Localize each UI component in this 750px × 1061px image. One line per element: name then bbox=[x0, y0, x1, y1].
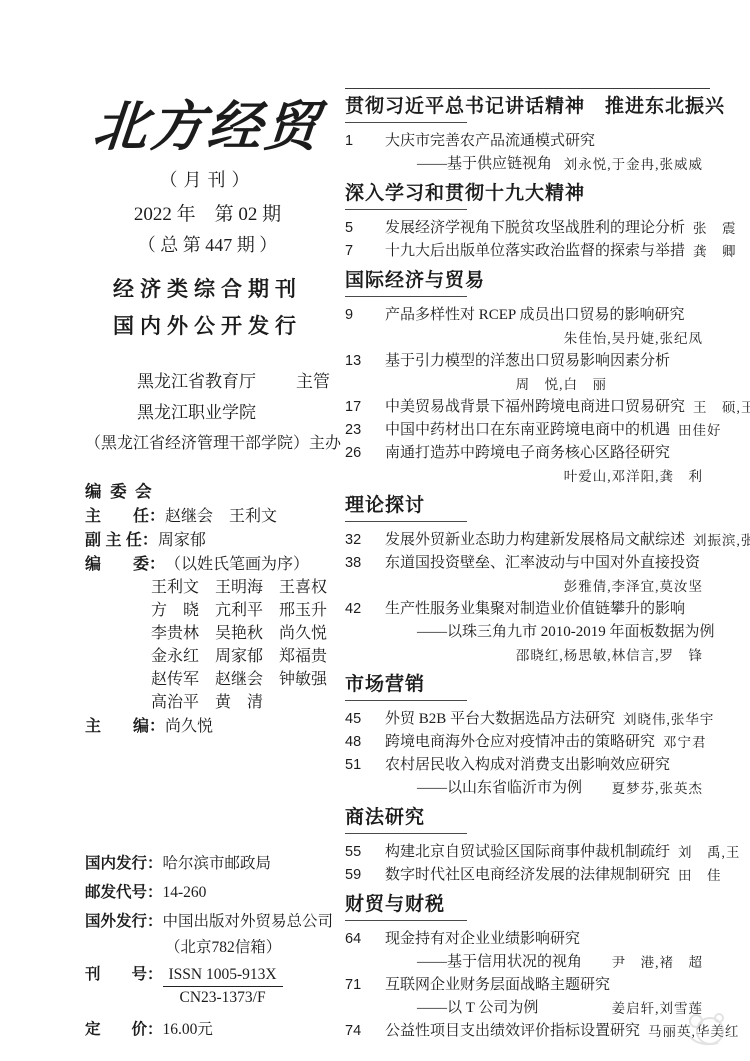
supervisor-role: 主管 bbox=[296, 366, 330, 397]
article-title: 现金持有对企业业绩影响研究 bbox=[385, 928, 580, 951]
section-header: 理论探讨 bbox=[345, 494, 703, 518]
deputy-director-names: 周家郁 bbox=[158, 529, 206, 552]
members-note: （以姓氏笔画为序） bbox=[165, 553, 309, 576]
director-row: 主 任： 赵继会 王利文 bbox=[85, 505, 330, 528]
page-number: 42 bbox=[345, 598, 385, 621]
issn-row: 刊 号： ISSN 1005-913X CN23-1373/F bbox=[85, 960, 345, 1009]
journal-info-column: 北方经贸 （月刊） 2022 年 第 02 期 （ 总 第 447 期 ） 经济… bbox=[85, 90, 330, 738]
editorial-board: 编 委 会 主 任： 赵继会 王利文 副 主 任： 周家郁 编 委： （以姓氏笔… bbox=[85, 481, 330, 738]
section-header: 贯彻习近平总书记讲话精神 推进东北振兴 bbox=[345, 95, 703, 119]
category-line-1: 经济类综合期刊 bbox=[85, 273, 330, 303]
foreign-distribution-value: 中国出版对外贸易总公司 bbox=[163, 907, 334, 936]
foreign-distribution-row: 国外发行： 中国出版对外贸易总公司 bbox=[85, 907, 345, 936]
article-subtitle: ——以 T 公司为例 bbox=[417, 997, 538, 1020]
toc-item: 9 产品多样性对 RCEP 成员出口贸易的影响研究 bbox=[345, 304, 703, 327]
article-authors: 夏梦芬,张英杰 bbox=[604, 777, 703, 800]
article-title: 数字时代社区电商经济发展的法律规制研究 bbox=[385, 864, 670, 887]
article-authors: 张 震 bbox=[685, 217, 737, 240]
page-number: 48 bbox=[345, 731, 385, 754]
article-title: 大庆市完善农产品流通模式研究 bbox=[385, 130, 595, 153]
member-name-row: 赵传军 赵继会 钟敏强 bbox=[85, 668, 330, 691]
article-subtitle: ——以珠三角九市 2010-2019 年面板数据为例 bbox=[417, 621, 715, 644]
section-underline bbox=[345, 122, 467, 123]
page-number: 45 bbox=[345, 708, 385, 731]
toc-item: 13 基于引力模型的洋葱出口贸易影响因素分析 bbox=[345, 350, 703, 373]
issue-year: 2022 年 第 02 期 bbox=[85, 199, 330, 226]
postal-code-label: 邮发代号： bbox=[85, 878, 163, 907]
frequency-label: （月刊） bbox=[85, 166, 330, 192]
toc-item: 71 互联网企业财务层面战略主题研究 bbox=[345, 974, 703, 997]
toc-item: 74 公益性项目支出绩效评价指标设置研究 马丽英,华美红 bbox=[345, 1020, 703, 1043]
cumulative-issue: （ 总 第 447 期 ） bbox=[85, 231, 330, 257]
domestic-distribution-value: 哈尔滨市邮政局 bbox=[163, 849, 272, 878]
sponsor-name-2: （黑龙江省经济管理干部学院）主办 bbox=[85, 428, 330, 459]
toc-item: 64 现金持有对企业业绩影响研究 bbox=[345, 928, 703, 951]
chief-editor-label: 主 编： bbox=[85, 715, 165, 738]
toc-subtitle-row: ——以 T 公司为例 姜启轩,刘雪莲 bbox=[345, 997, 703, 1020]
toc-item: 26 南通打造苏中跨境电子商务核心区路径研究 bbox=[345, 442, 703, 465]
domestic-distribution-row: 国内发行： 哈尔滨市邮政局 bbox=[85, 849, 345, 878]
editorial-board-title: 编 委 会 bbox=[85, 481, 330, 504]
article-title: 发展外贸新业态助力构建新发展格局文献综述 bbox=[385, 529, 685, 552]
supervisor-name: 黑龙江省教育厅 bbox=[137, 366, 256, 397]
journal-logo: 北方经贸 bbox=[82, 90, 333, 162]
toc-section: 商法研究 55 构建北京自贸试验区国际商事仲裁机制疏纡 刘 禹,王 茜 59 数… bbox=[345, 806, 703, 887]
toc-item: 1 大庆市完善农产品流通模式研究 bbox=[345, 130, 703, 153]
toc-subtitle-row: ——以山东省临沂市为例 夏梦芬,张英杰 bbox=[345, 777, 703, 800]
toc-item: 59 数字时代社区电商经济发展的法律规制研究 田 佳 bbox=[345, 864, 703, 887]
chief-editor-name: 尚久悦 bbox=[165, 715, 213, 738]
article-title: 中美贸易战背景下福州跨境电商进口贸易研究 bbox=[385, 396, 685, 419]
article-authors-line: 叶爱山,邓洋阳,龚 利 bbox=[345, 465, 703, 488]
article-authors: 刘振滨,张佳惠 bbox=[685, 529, 750, 552]
article-title: 东道国投资壁垒、汇率波动与中国对外直接投资 bbox=[385, 552, 700, 575]
publication-info: 国内发行： 哈尔滨市邮政局 邮发代号： 14-260 国外发行： 中国出版对外贸… bbox=[85, 849, 345, 1044]
foreign-distribution-label: 国外发行： bbox=[85, 907, 163, 936]
page-number: 7 bbox=[345, 240, 385, 263]
sponsor-name-1: 黑龙江职业学院 bbox=[85, 397, 330, 428]
section-header: 财贸与财税 bbox=[345, 893, 703, 917]
article-authors: 田佳好 bbox=[670, 419, 722, 442]
price-row: 定 价： 16.00元 bbox=[85, 1015, 345, 1044]
member-name-row: 方 晓 亢利平 邢玉升 bbox=[85, 599, 330, 622]
foreign-distribution-address: （北京782信箱） bbox=[85, 936, 345, 960]
article-title: 基于引力模型的洋葱出口贸易影响因素分析 bbox=[385, 350, 670, 373]
issn-cn-fraction: ISSN 1005-913X CN23-1373/F bbox=[163, 964, 283, 1009]
article-subtitle: ——以山东省临沂市为例 bbox=[417, 777, 582, 800]
article-authors-line: 邵晓红,杨思敏,林信言,罗 锋 bbox=[345, 644, 703, 667]
article-title: 外贸 B2B 平台大数据选品方法研究 bbox=[385, 708, 615, 731]
table-of-contents: 贯彻习近平总书记讲话精神 推进东北振兴 1 大庆市完善农产品流通模式研究 ——基… bbox=[345, 88, 703, 1043]
page-number: 17 bbox=[345, 396, 385, 419]
section-underline bbox=[345, 296, 467, 297]
article-authors-line: 朱佳怡,吴丹婕,张纪凤 bbox=[345, 327, 703, 350]
member-name-row: 王利文 王明海 王喜权 bbox=[85, 576, 330, 599]
watermark-stamp-icon bbox=[672, 1003, 736, 1053]
section-header: 国际经济与贸易 bbox=[345, 269, 703, 293]
toc-item: 23 中国中药材出口在东南亚跨境电商中的机遇 田佳好 bbox=[345, 419, 703, 442]
toc-item: 5 发展经济学视角下脱贫攻坚战胜利的理论分析 张 震 bbox=[345, 217, 703, 240]
page-number: 51 bbox=[345, 754, 385, 777]
issn-label: 刊 号： bbox=[85, 960, 163, 989]
toc-section: 市场营销 45 外贸 B2B 平台大数据选品方法研究 刘晓伟,张华宇 48 跨境… bbox=[345, 673, 703, 800]
page-number: 38 bbox=[345, 552, 385, 575]
toc-item: 48 跨境电商海外仓应对疫情冲击的策略研究 邓宁君 bbox=[345, 731, 703, 754]
article-title: 跨境电商海外仓应对疫情冲击的策略研究 bbox=[385, 731, 655, 754]
toc-item: 42 生产性服务业集聚对制造业价值链攀升的影响 bbox=[345, 598, 703, 621]
deputy-director-label: 副 主 任： bbox=[85, 529, 158, 552]
article-title: 中国中药材出口在东南亚跨境电商中的机遇 bbox=[385, 419, 670, 442]
article-authors: 刘 禹,王 茜 bbox=[670, 841, 750, 864]
article-authors-line: 彭雅倩,李泽宜,莫汝坚 bbox=[345, 575, 703, 598]
page-number: 59 bbox=[345, 864, 385, 887]
deputy-director-row: 副 主 任： 周家郁 bbox=[85, 529, 330, 552]
article-title: 发展经济学视角下脱贫攻坚战胜利的理论分析 bbox=[385, 217, 685, 240]
section-underline bbox=[345, 209, 467, 210]
section-underline bbox=[345, 920, 467, 921]
price-label: 定 价： bbox=[85, 1015, 163, 1044]
article-title: 公益性项目支出绩效评价指标设置研究 bbox=[385, 1020, 640, 1043]
section-underline bbox=[345, 700, 467, 701]
members-label: 编 委： bbox=[85, 553, 165, 576]
article-authors: 田 佳 bbox=[670, 864, 722, 887]
chief-editor-row: 主 编： 尚久悦 bbox=[85, 715, 330, 738]
journal-cover-page: 北方经贸 （月刊） 2022 年 第 02 期 （ 总 第 447 期 ） 经济… bbox=[0, 0, 750, 1061]
sponsor-block: 黑龙江省教育厅 主管 黑龙江职业学院 （黑龙江省经济管理干部学院）主办 bbox=[85, 366, 330, 459]
page-number: 23 bbox=[345, 419, 385, 442]
page-number: 9 bbox=[345, 304, 385, 327]
article-title: 互联网企业财务层面战略主题研究 bbox=[385, 974, 610, 997]
price-value: 16.00元 bbox=[163, 1015, 213, 1044]
article-title: 十九大后出版单位落实政治监督的探索与举措 bbox=[385, 240, 685, 263]
section-header: 商法研究 bbox=[345, 806, 703, 830]
article-authors: 王 硕,王红平 bbox=[685, 396, 750, 419]
toc-subtitle-row: ——基于供应链视角 刘永悦,于金冉,张威威 bbox=[345, 153, 703, 176]
article-subtitle: ——基于信用状况的视角 bbox=[417, 951, 582, 974]
article-authors-line: 周 悦,白 丽 bbox=[345, 373, 703, 396]
toc-section: 贯彻习近平总书记讲话精神 推进东北振兴 1 大庆市完善农产品流通模式研究 ——基… bbox=[345, 95, 703, 176]
toc-subtitle-row: ——基于信用状况的视角 尹 港,褚 超 bbox=[345, 951, 703, 974]
toc-section: 理论探讨 32 发展外贸新业态助力构建新发展格局文献综述 刘振滨,张佳惠 38 … bbox=[345, 494, 703, 667]
section-underline bbox=[345, 521, 467, 522]
members-row: 编 委： （以姓氏笔画为序） bbox=[85, 553, 330, 576]
director-label: 主 任： bbox=[85, 505, 165, 528]
domestic-distribution-label: 国内发行： bbox=[85, 849, 163, 878]
article-authors: 邓宁君 bbox=[655, 731, 707, 754]
toc-section: 财贸与财税 64 现金持有对企业业绩影响研究 ——基于信用状况的视角 尹 港,褚… bbox=[345, 893, 703, 1043]
postal-code-row: 邮发代号： 14-260 bbox=[85, 878, 345, 907]
article-subtitle: ——基于供应链视角 bbox=[417, 153, 552, 176]
article-authors: 刘永悦,于金冉,张威威 bbox=[556, 153, 703, 176]
page-number: 1 bbox=[345, 130, 385, 153]
toc-item: 32 发展外贸新业态助力构建新发展格局文献综述 刘振滨,张佳惠 bbox=[345, 529, 703, 552]
toc-item: 45 外贸 B2B 平台大数据选品方法研究 刘晓伟,张华宇 bbox=[345, 708, 703, 731]
page-number: 64 bbox=[345, 928, 385, 951]
member-name-row: 李贵林 吴艳秋 尚久悦 bbox=[85, 622, 330, 645]
page-number: 26 bbox=[345, 442, 385, 465]
article-title: 构建北京自贸试验区国际商事仲裁机制疏纡 bbox=[385, 841, 670, 864]
article-title: 南通打造苏中跨境电子商务核心区路径研究 bbox=[385, 442, 670, 465]
supervisor-row: 黑龙江省教育厅 主管 bbox=[85, 366, 330, 397]
toc-subtitle-row: ——以珠三角九市 2010-2019 年面板数据为例 bbox=[345, 621, 703, 644]
toc-item: 38 东道国投资壁垒、汇率波动与中国对外直接投资 bbox=[345, 552, 703, 575]
article-title: 农村居民收入构成对消费支出影响效应研究 bbox=[385, 754, 670, 777]
issn-number: ISSN 1005-913X bbox=[163, 964, 283, 987]
page-number: 13 bbox=[345, 350, 385, 373]
toc-item: 51 农村居民收入构成对消费支出影响效应研究 bbox=[345, 754, 703, 777]
toc-section: 深入学习和贯彻十九大精神 5 发展经济学视角下脱贫攻坚战胜利的理论分析 张 震 … bbox=[345, 182, 703, 263]
article-authors: 龚 卿 bbox=[685, 240, 737, 263]
section-underline bbox=[345, 833, 467, 834]
toc-section: 国际经济与贸易 9 产品多样性对 RCEP 成员出口贸易的影响研究 朱佳怡,吴丹… bbox=[345, 269, 703, 488]
page-number: 5 bbox=[345, 217, 385, 240]
page-number: 74 bbox=[345, 1020, 385, 1043]
director-names: 赵继会 王利文 bbox=[165, 505, 277, 528]
member-name-row: 高治平 黄 清 bbox=[85, 691, 330, 714]
article-authors: 尹 港,褚 超 bbox=[604, 951, 703, 974]
member-name-row: 金永红 周家郁 郑福贵 bbox=[85, 645, 330, 668]
page-number: 32 bbox=[345, 529, 385, 552]
toc-top-rule bbox=[345, 88, 710, 89]
section-header: 深入学习和贯彻十九大精神 bbox=[345, 182, 703, 206]
toc-item: 55 构建北京自贸试验区国际商事仲裁机制疏纡 刘 禹,王 茜 bbox=[345, 841, 703, 864]
category-line-2: 国内外公开发行 bbox=[85, 310, 330, 340]
page-number: 55 bbox=[345, 841, 385, 864]
article-title: 产品多样性对 RCEP 成员出口贸易的影响研究 bbox=[385, 304, 684, 327]
cn-number: CN23-1373/F bbox=[163, 987, 283, 1009]
section-header: 市场营销 bbox=[345, 673, 703, 697]
toc-item: 7 十九大后出版单位落实政治监督的探索与举措 龚 卿 bbox=[345, 240, 703, 263]
toc-item: 17 中美贸易战背景下福州跨境电商进口贸易研究 王 硕,王红平 bbox=[345, 396, 703, 419]
article-authors: 刘晓伟,张华宇 bbox=[615, 708, 714, 731]
article-title: 生产性服务业集聚对制造业价值链攀升的影响 bbox=[385, 598, 685, 621]
page-number: 71 bbox=[345, 974, 385, 997]
postal-code-value: 14-260 bbox=[163, 878, 207, 907]
